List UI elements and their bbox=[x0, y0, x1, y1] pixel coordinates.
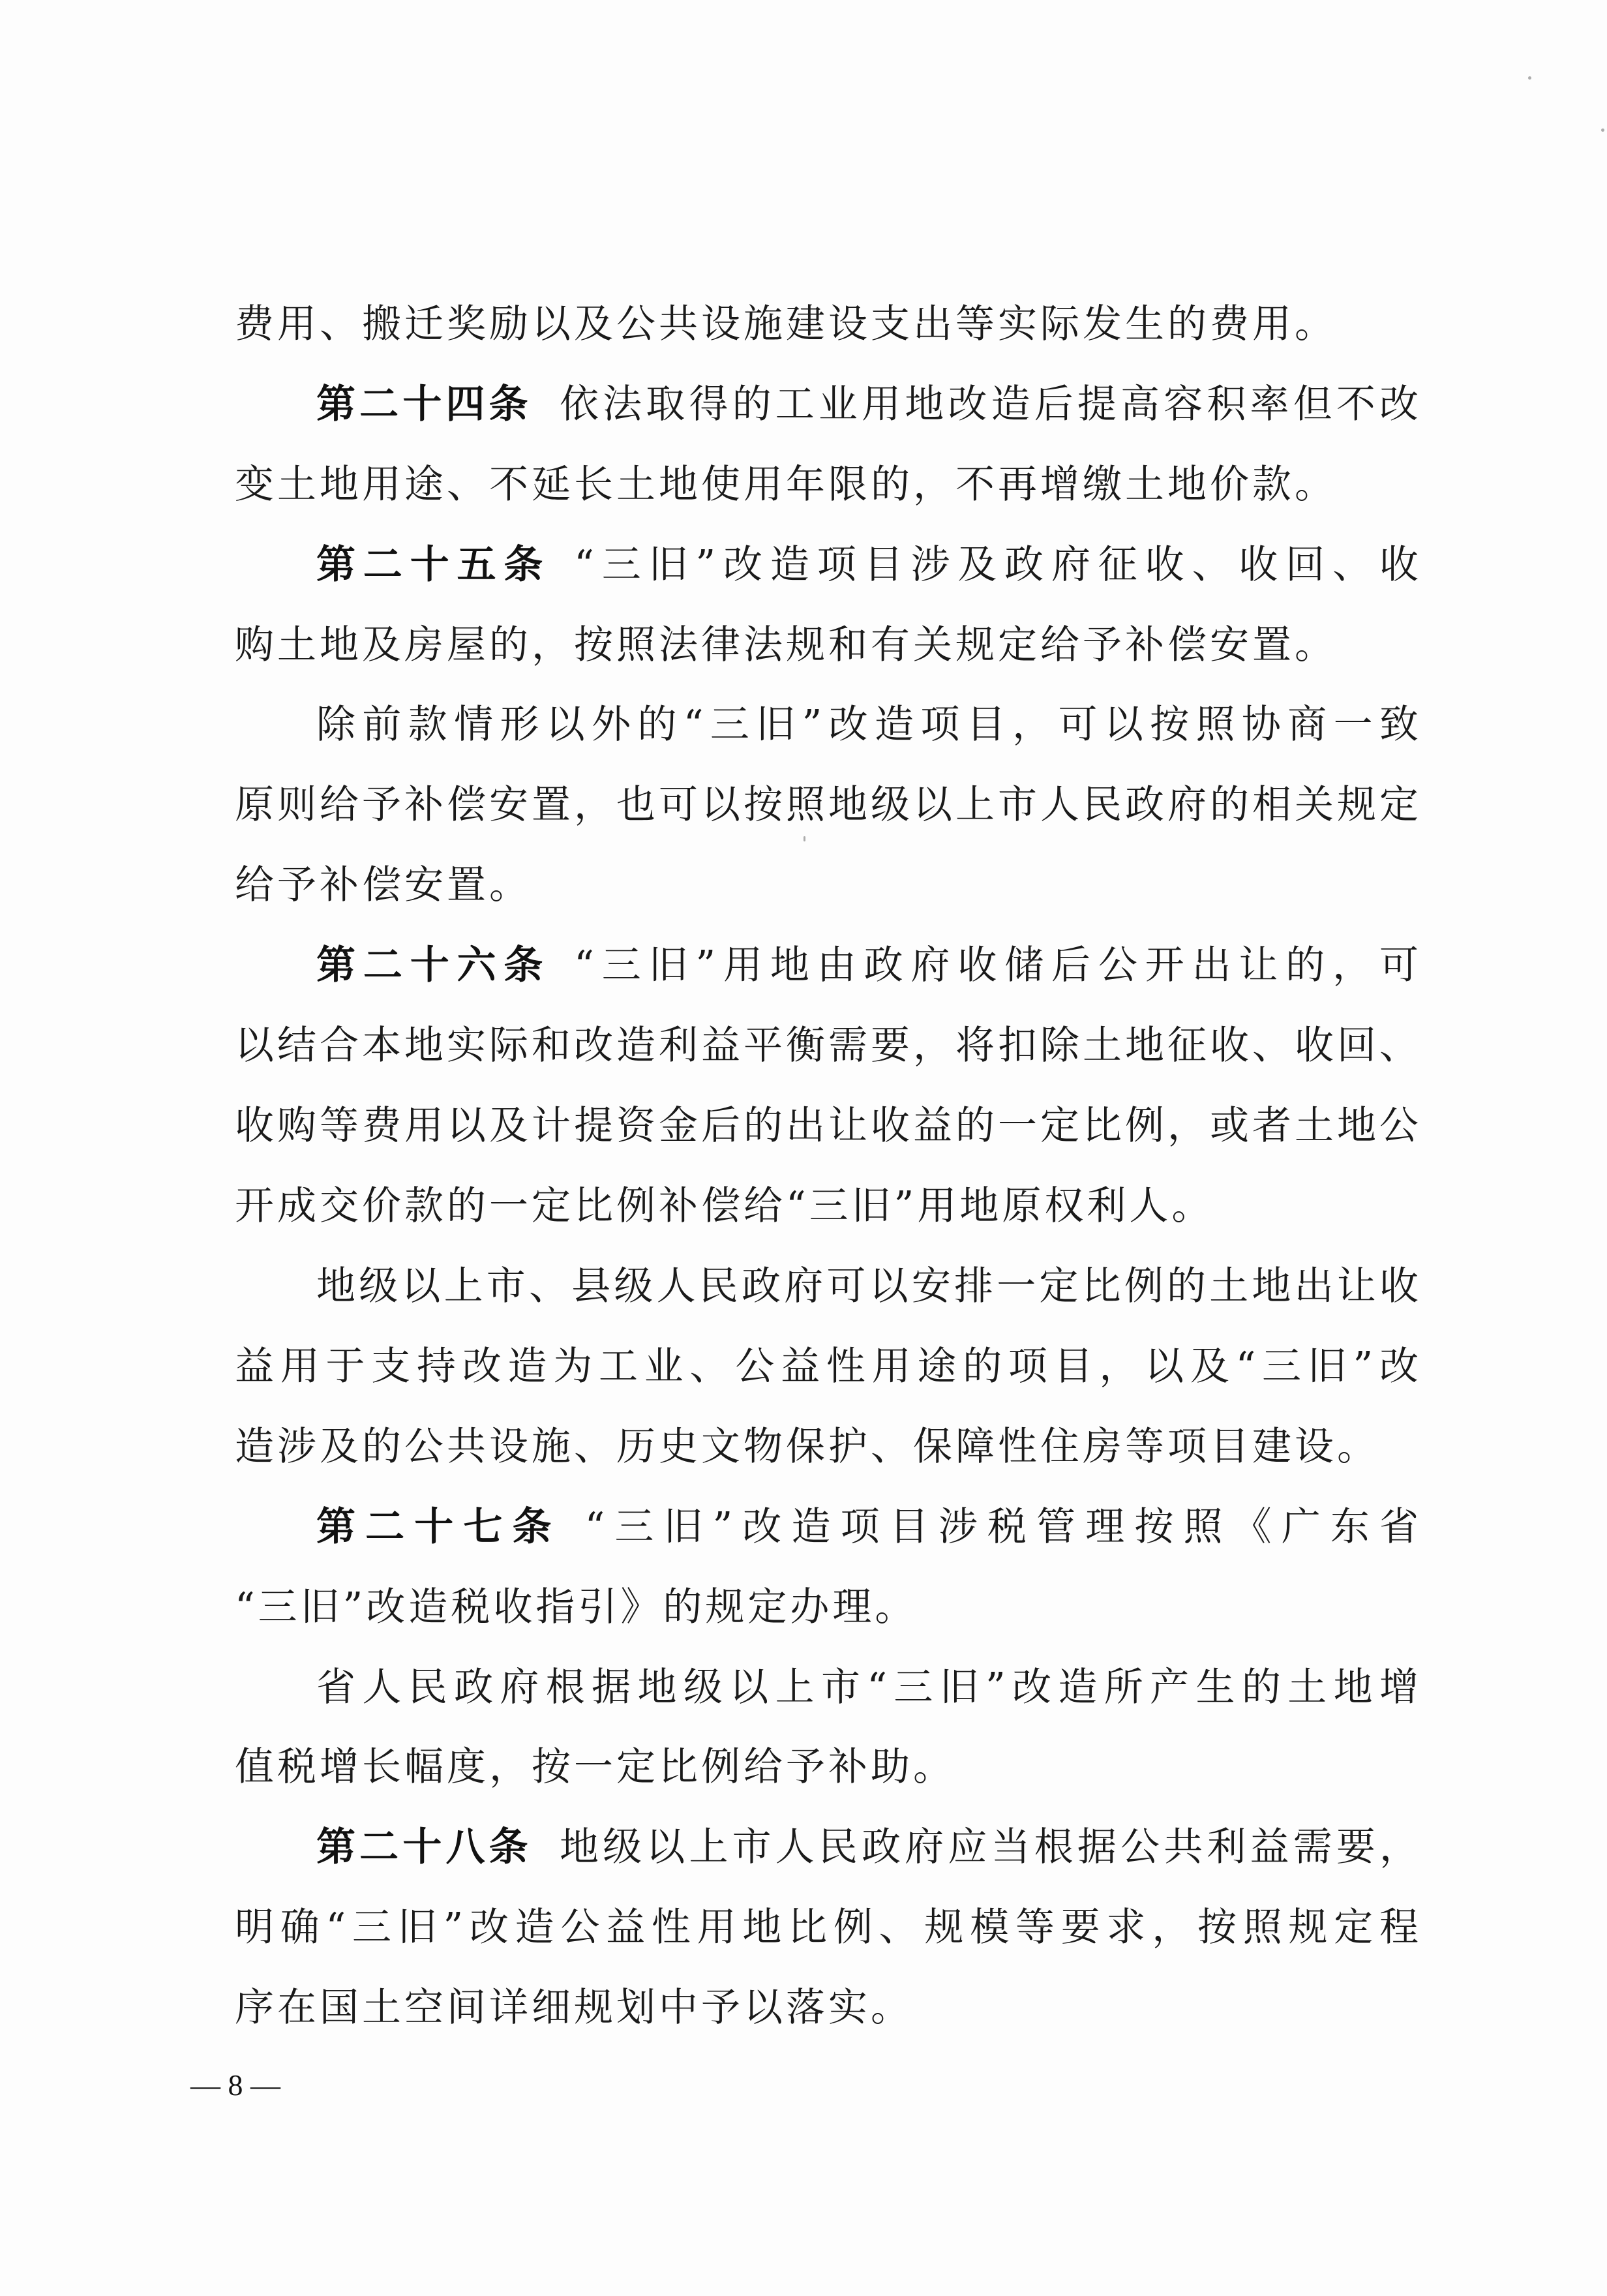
line-text: 地级以上市、县级人民政府可以安排一定比例的土地出让收 bbox=[316, 1263, 1419, 1309]
line-text: 依法取得的工业用地改造后提高容积率但不改 bbox=[556, 382, 1419, 427]
document-page: 费用、搬迁奖励以及公共设施建设支出等实际发生的费用。 第二十四条依法取得的工业用… bbox=[0, 0, 1607, 2296]
text-line: 购土地及房屋的，按照法律法规和有关规定给予补偿安置。 bbox=[235, 626, 1419, 706]
text-line: 益用于支持改造为工业、公益性用途的项目，以及“三旧”改 bbox=[235, 1347, 1419, 1427]
line-text: 给予补偿安置。 bbox=[235, 862, 532, 908]
text-line: 原则给予补偿安置，也可以按照地级以上市人民政府的相关规定 bbox=[235, 785, 1419, 866]
line-text: “三旧”改造项目涉及政府征收、收回、收 bbox=[574, 542, 1419, 588]
paragraph-first-line: 除前款情形以外的“三旧”改造项目，可以按照协商一致 bbox=[316, 705, 1419, 785]
line-text: “三旧”改造项目涉税管理按照《广东省 bbox=[585, 1504, 1419, 1550]
line-text: 费用、搬迁奖励以及公共设施建设支出等实际发生的费用。 bbox=[235, 301, 1337, 347]
text-line: 变土地用途、不延长土地使用年限的，不再增缴土地价款。 bbox=[235, 465, 1419, 545]
article-26-heading-line: 第二十六条“三旧”用地由政府收储后公开出让的，可 bbox=[316, 946, 1419, 1026]
text-line: 费用、搬迁奖励以及公共设施建设支出等实际发生的费用。 bbox=[235, 305, 1419, 385]
scan-speck bbox=[1528, 76, 1531, 80]
line-text: 省人民政府根据地级以上市“三旧”改造所产生的土地增 bbox=[316, 1665, 1419, 1710]
article-27-heading-line: 第二十七条“三旧”改造项目涉税管理按照《广东省 bbox=[316, 1507, 1419, 1588]
line-text: 开成交价款的一定比例补偿给“三旧”用地原权利人。 bbox=[235, 1183, 1214, 1229]
line-text: “三旧”改造税收指引》的规定办理。 bbox=[235, 1584, 917, 1630]
line-text: 原则给予补偿安置，也可以按照地级以上市人民政府的相关规定 bbox=[235, 782, 1419, 828]
text-line: 明确“三旧”改造公益性用地比例、规模等要求，按照规定程 bbox=[235, 1908, 1419, 1988]
page-number: — 8 — bbox=[190, 2069, 280, 2102]
line-text: 购土地及房屋的，按照法律法规和有关规定给予补偿安置。 bbox=[235, 622, 1337, 668]
line-text: 明确“三旧”改造公益性用地比例、规模等要求，按照规定程 bbox=[235, 1905, 1419, 1950]
paragraph-first-line: 地级以上市、县级人民政府可以安排一定比例的土地出让收 bbox=[316, 1267, 1419, 1347]
article-number: 第二十八条 bbox=[316, 1824, 532, 1870]
article-number: 第二十五条 bbox=[316, 542, 550, 588]
text-line: 开成交价款的一定比例补偿给“三旧”用地原权利人。 bbox=[235, 1186, 1419, 1267]
text-line: 收购等费用以及计提资金后的出让收益的一定比例，或者土地公 bbox=[235, 1106, 1419, 1186]
text-line: 序在国土空间详细规划中予以落实。 bbox=[235, 1988, 1419, 2068]
article-number: 第二十四条 bbox=[316, 382, 532, 427]
article-28-heading-line: 第二十八条地级以上市人民政府应当根据公共利益需要， bbox=[316, 1828, 1419, 1908]
line-text: 序在国土空间详细规划中予以落实。 bbox=[235, 1985, 913, 2031]
text-line: 造涉及的公共设施、历史文物保护、保障性住房等项目建设。 bbox=[235, 1427, 1419, 1507]
article-24-heading-line: 第二十四条依法取得的工业用地改造后提高容积率但不改 bbox=[316, 385, 1419, 465]
article-number: 第二十七条 bbox=[316, 1504, 562, 1550]
text-line: 给予补偿安置。 bbox=[235, 866, 1419, 946]
line-text: “三旧”用地由政府收储后公开出让的，可 bbox=[574, 943, 1419, 988]
article-25-heading-line: 第二十五条“三旧”改造项目涉及政府征收、收回、收 bbox=[316, 545, 1419, 626]
text-line: 以结合本地实际和改造利益平衡需要，将扣除土地征收、收回、 bbox=[235, 1026, 1419, 1106]
line-text: 地级以上市人民政府应当根据公共利益需要， bbox=[556, 1824, 1419, 1870]
scan-speck bbox=[1601, 128, 1604, 132]
line-text: 变土地用途、不延长土地使用年限的，不再增缴土地价款。 bbox=[235, 462, 1337, 507]
paragraph-first-line: 省人民政府根据地级以上市“三旧”改造所产生的土地增 bbox=[316, 1668, 1419, 1748]
line-text: 益用于支持改造为工业、公益性用途的项目，以及“三旧”改 bbox=[235, 1344, 1419, 1389]
scan-speck bbox=[803, 836, 805, 841]
line-text: 除前款情形以外的“三旧”改造项目，可以按照协商一致 bbox=[316, 702, 1419, 748]
line-text: 以结合本地实际和改造利益平衡需要，将扣除土地征收、收回、 bbox=[235, 1023, 1419, 1068]
line-text: 造涉及的公共设施、历史文物保护、保障性住房等项目建设。 bbox=[235, 1424, 1379, 1470]
line-text: 值税增长幅度，按一定比例给予补助。 bbox=[235, 1744, 955, 1790]
text-line: “三旧”改造税收指引》的规定办理。 bbox=[235, 1588, 1419, 1668]
text-line: 值税增长幅度，按一定比例给予补助。 bbox=[235, 1747, 1419, 1828]
article-number: 第二十六条 bbox=[316, 943, 550, 988]
line-text: 收购等费用以及计提资金后的出让收益的一定比例，或者土地公 bbox=[235, 1103, 1419, 1149]
